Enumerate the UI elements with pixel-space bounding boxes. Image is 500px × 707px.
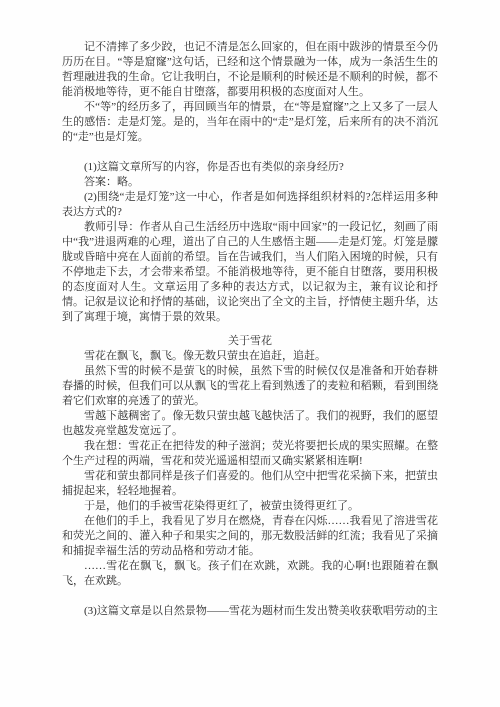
essay-title: 关于雪花: [62, 334, 438, 349]
snow-paragraph-3: 雪越下越稠密了。像无数只萤虫越飞越快活了。我们的视野，我们的愿望也越发亮堂越发宽…: [62, 409, 438, 439]
paragraph-lantern-insight: 不“等”的经历多了，再回顾当年的情景，在“等是窟窿”之上又多了一层人生的感悟：走…: [62, 100, 438, 145]
snow-paragraph-2: 虽然下雪的时候不是萤飞的时候，虽然下雪的时候仅仅是准备和开始春耕春播的时候，但我…: [62, 364, 438, 409]
answer-1: 答案：略。: [62, 175, 438, 190]
snow-paragraph-7: 在他们的手上，我看见了岁月在燃烧，青春在闪烁……我看见了溶进雪花和荧光之间的、灌…: [62, 514, 438, 559]
snow-paragraph-5: 雪花和萤虫都同样是孩子们喜爱的。他们从空中把雪花采摘下来，把萤虫捕捉起来，轻轻地…: [62, 469, 438, 499]
document-text-block: 记不清摔了多少跤，也记不清是怎么回家的，但在雨中跋涉的情景至今仍历历在目。“等是…: [62, 40, 438, 619]
question-3: (3)这篇文章是以自然景物——雪花为题材而生发出赞美收获歌唱劳动的主: [62, 604, 438, 619]
paragraph-rain-memory: 记不清摔了多少跤，也记不清是怎么回家的，但在雨中跋涉的情景至今仍历历在目。“等是…: [62, 40, 438, 100]
question-2: (2)围绕“走是灯笼”这一中心，作者是如何选择组织材料的?怎样运用多种表达方式的…: [62, 190, 438, 220]
scanned-document-page: 记不清摔了多少跤，也记不清是怎么回家的，但在雨中跋涉的情景至今仍历历在目。“等是…: [0, 0, 500, 707]
question-1: (1)这篇文章所写的内容，你是否也有类似的亲身经历?: [62, 160, 438, 175]
snow-paragraph-8: ……雪花在飘飞，飘飞。孩子们在欢跳，欢跳。我的心啊!也跟随着在飘飞，在欢跳。: [62, 559, 438, 589]
snow-paragraph-1: 雪花在飘飞，飘飞。像无数只萤虫在追赶，追赶。: [62, 349, 438, 364]
teacher-guidance: 教师引导：作者从自己生活经历中选取“雨中回家”的一段记忆，刻画了雨中“我”进退两…: [62, 220, 438, 325]
snow-paragraph-6: 于是，他们的手被雪花染得更红了，被萤虫烫得更红了。: [62, 499, 438, 514]
snow-paragraph-4: 我在想：雪花正在把待发的种子滋润；荧光将要把长成的果实照耀。在整个生产过程的两端…: [62, 439, 438, 469]
